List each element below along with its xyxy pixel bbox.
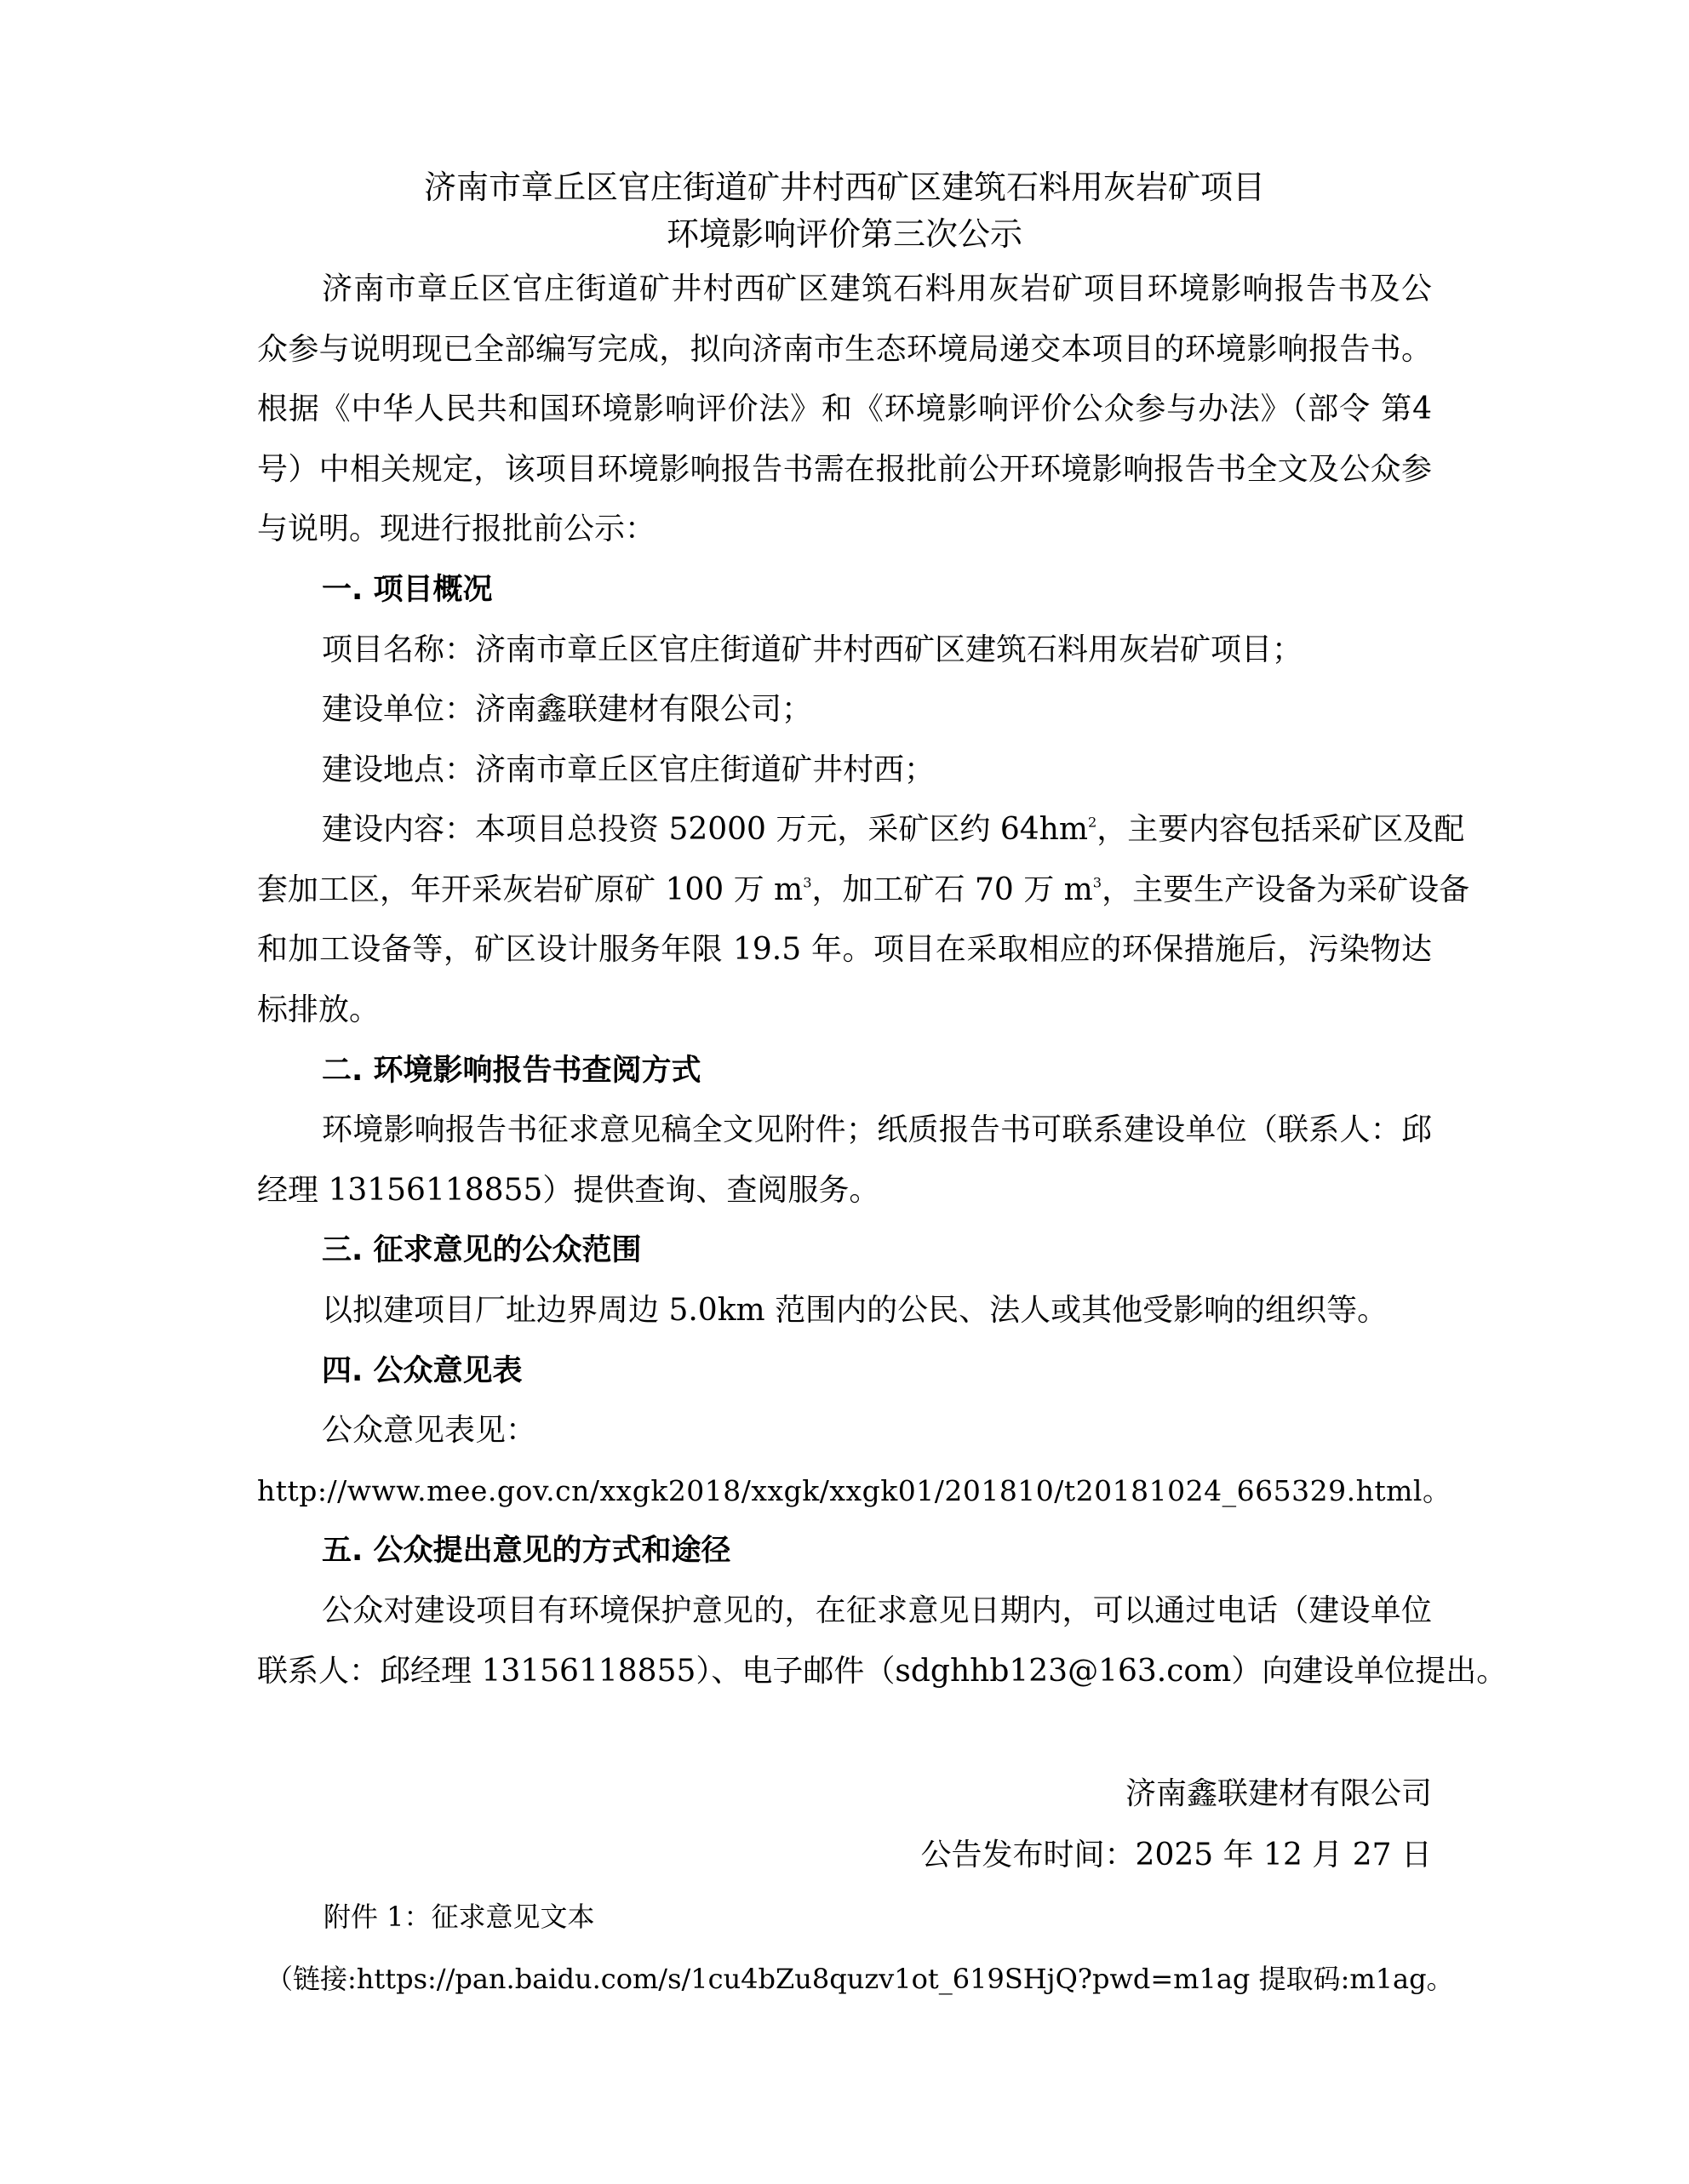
intro-line-2: 众参与说明现已全部编写完成，拟向济南市生态环境局递交本项目的环境影响报告书。 — [257, 324, 1432, 375]
opinion-form-link[interactable]: http://www.mee.gov.cn/xxgk2018/xxgk/xxgk… — [257, 1474, 1451, 1507]
construction-content-line-1: 建设内容：本项目总投资 52000 万元，采矿区约 64hm2，主要内容包括采矿… — [322, 804, 1432, 855]
construction-content-line-2: 套加工区，年开采灰岩矿原矿 100 万 m3，加工矿石 70 万 m3，主要生产… — [257, 865, 1432, 916]
construction-unit: 建设单位：济南鑫联建材有限公司； — [322, 684, 1432, 735]
submission-line-1: 公众对建设项目有环境保护意见的，在征求意见日期内，可以通过电话（建设单位 — [322, 1586, 1432, 1637]
document-title-line2: 环境影响评价第三次公示 — [0, 209, 1689, 260]
attachment-label: 附件 1：征求意见文本 — [323, 1893, 595, 1941]
section-heading-submission: 五. 公众提出意见的方式和途径 — [322, 1525, 1432, 1576]
construction-location: 建设地点：济南市章丘区官庄街道矿井村西； — [322, 745, 1432, 796]
construction-content-line-4: 标排放。 — [257, 985, 1432, 1036]
signature-company: 济南鑫联建材有限公司 — [1125, 1769, 1432, 1820]
report-access-line-2: 经理 13156118855）提供查询、查阅服务。 — [257, 1165, 1432, 1216]
intro-line-1: 济南市章丘区官庄街道矿井村西矿区建筑石料用灰岩矿项目环境影响报告书及公 — [322, 264, 1432, 315]
content-text: ，主要生产设备为采矿设备 — [1102, 872, 1469, 907]
content-text: ，主要内容包括采矿区及配 — [1096, 812, 1464, 847]
superscript: 3 — [1093, 874, 1102, 890]
content-text: 建设内容：本项目总投资 52000 万元，采矿区约 64hm — [322, 812, 1088, 847]
attachment-baidu-link[interactable]: （链接:https://pan.baidu.com/s/1cu4bZu8quzv… — [266, 1963, 1454, 1995]
public-scope-text: 以拟建项目厂址边界周边 5.0km 范围内的公民、法人或其他受影响的组织等。 — [322, 1285, 1432, 1336]
attachment-link[interactable]: （链接:https://pan.baidu.com/s/1cu4bZu8quzv… — [266, 1955, 1454, 2003]
signature-date: 公告发布时间：2025 年 12 月 27 日 — [921, 1830, 1432, 1881]
superscript: 3 — [803, 874, 811, 890]
opinion-form-url[interactable]: http://www.mee.gov.cn/xxgk2018/xxgk/xxgk… — [257, 1466, 1432, 1517]
document-title-line1: 济南市章丘区官庄街道矿井村西矿区建筑石料用灰岩矿项目 — [0, 162, 1689, 213]
section-heading-public-scope: 三. 征求意见的公众范围 — [322, 1225, 1432, 1276]
report-access-line-1: 环境影响报告书征求意见稿全文见附件；纸质报告书可联系建设单位（联系人：邱 — [322, 1105, 1432, 1156]
content-text: ，加工矿石 70 万 m — [812, 872, 1093, 907]
superscript: 2 — [1088, 814, 1096, 830]
document-page: 济南市章丘区官庄街道矿井村西矿区建筑石料用灰岩矿项目 环境影响评价第三次公示 济… — [0, 0, 1689, 2184]
section-heading-opinion-form: 四. 公众意见表 — [322, 1346, 1432, 1397]
project-name: 项目名称：济南市章丘区官庄街道矿井村西矿区建筑石料用灰岩矿项目； — [322, 625, 1432, 676]
submission-line-2: 联系人：邱经理 13156118855）、电子邮件（sdghhb123@163.… — [257, 1646, 1432, 1697]
section-heading-overview: 一. 项目概况 — [322, 564, 1432, 615]
intro-line-5: 与说明。现进行报批前公示： — [257, 504, 1432, 555]
construction-content-line-3: 和加工设备等，矿区设计服务年限 19.5 年。项目在采取相应的环保措施后，污染物… — [257, 924, 1432, 975]
content-text: 套加工区，年开采灰岩矿原矿 100 万 m — [257, 872, 803, 907]
opinion-form-label: 公众意见表见： — [322, 1405, 1432, 1456]
intro-line-3: 根据《中华人民共和国环境影响评价法》和《环境影响评价公众参与办法》（部令 第4 — [257, 384, 1432, 435]
section-heading-report-access: 二. 环境影响报告书查阅方式 — [322, 1045, 1432, 1096]
intro-line-4: 号）中相关规定，该项目环境影响报告书需在报批前公开环境影响报告书全文及公众参 — [257, 444, 1432, 495]
